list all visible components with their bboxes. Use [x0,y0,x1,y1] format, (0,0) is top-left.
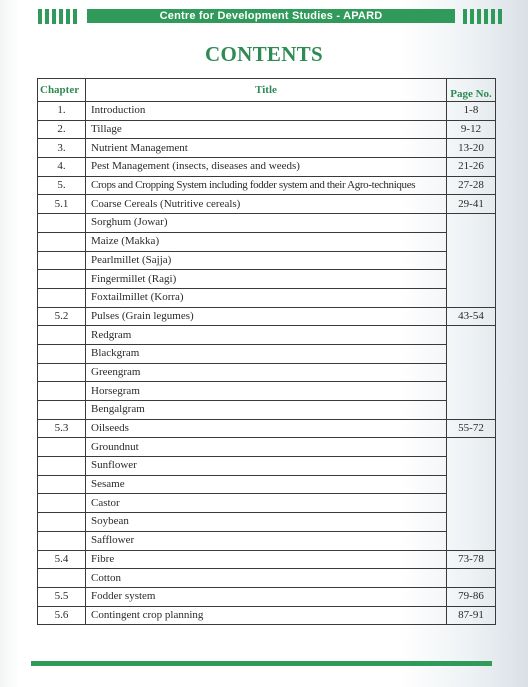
chapter-title: Crops and Cropping System including fodd… [86,176,447,195]
chapter-number [38,457,86,476]
table-row: 5.6Contingent crop planning87-91 [38,606,496,625]
page-range: 79-86 [447,587,496,606]
table-row: Greengram [38,363,496,382]
table-row: Sesame [38,475,496,494]
table-row: Castor [38,494,496,513]
chapter-number [38,513,86,532]
chapter-title: Fingermillet (Ragi) [86,270,447,289]
table-row: 5.5Fodder system79-86 [38,587,496,606]
chapter-number [38,344,86,363]
chapter-number: 1. [38,102,86,121]
chapter-number [38,214,86,233]
chapter-title: Fodder system [86,587,447,606]
chapter-number [38,401,86,420]
chapter-title: Castor [86,494,447,513]
table-row: Foxtailmillet (Korra) [38,288,496,307]
chapter-number [38,438,86,457]
chapter-number: 5.1 [38,195,86,214]
table-row: Soybean [38,513,496,532]
page-range-blank [447,214,496,307]
chapter-number [38,382,86,401]
chapter-number [38,475,86,494]
chapter-number [38,270,86,289]
table-header-row: Chapter Title Page No. [38,79,496,102]
table-row: Groundnut [38,438,496,457]
chapter-title: Maize (Makka) [86,232,447,251]
chapter-title: Sunflower [86,457,447,476]
table-row: Horsegram [38,382,496,401]
page-range-blank [447,326,496,419]
chapter-number: 5.4 [38,550,86,569]
table-row: Sorghum (Jowar) [38,214,496,233]
table-row: Maize (Makka) [38,232,496,251]
column-header-title: Title [86,79,447,102]
chapter-title: Tillage [86,120,447,139]
table-row: 5.3Oilseeds55-72 [38,419,496,438]
chapter-number [38,363,86,382]
decorative-stripes-left [38,9,77,24]
page-range: 27-28 [447,176,496,195]
column-header-page: Page No. [447,79,496,102]
chapter-number: 5.3 [38,419,86,438]
table-row: Safflower [38,531,496,550]
contents-table: Chapter Title Page No. 1.Introduction1-8… [37,78,496,625]
page-range-blank [447,438,496,550]
table-row: 3.Nutrient Management13-20 [38,139,496,158]
table-row: 2.Tillage9-12 [38,120,496,139]
chapter-number [38,251,86,270]
chapter-title: Safflower [86,531,447,550]
table-row: Cotton [38,569,496,588]
chapter-title: Greengram [86,363,447,382]
organization-banner: Centre for Development Studies - APARD [87,9,455,23]
page-range: 43-54 [447,307,496,326]
chapter-title: Fibre [86,550,447,569]
chapter-number [38,494,86,513]
page-range: 13-20 [447,139,496,158]
page-range: 9-12 [447,120,496,139]
chapter-title: Bengalgram [86,401,447,420]
page-range: 73-78 [447,550,496,569]
chapter-title: Soybean [86,513,447,532]
table-row: 5.2Pulses (Grain legumes)43-54 [38,307,496,326]
page-title: CONTENTS [0,42,528,67]
chapter-title: Oilseeds [86,419,447,438]
chapter-title: Pest Management (insects, diseases and w… [86,158,447,177]
table-row: Blackgram [38,344,496,363]
chapter-title: Nutrient Management [86,139,447,158]
chapter-title: Groundnut [86,438,447,457]
page-range-blank [447,569,496,588]
chapter-number: 2. [38,120,86,139]
chapter-number [38,326,86,345]
chapter-title: Foxtailmillet (Korra) [86,288,447,307]
chapter-number: 4. [38,158,86,177]
table-row: Bengalgram [38,401,496,420]
table-row: 5.4Fibre73-78 [38,550,496,569]
decorative-stripes-right [463,9,502,24]
chapter-title: Cotton [86,569,447,588]
table-row: Fingermillet (Ragi) [38,270,496,289]
chapter-number [38,232,86,251]
chapter-number: 5.5 [38,587,86,606]
table-row: Sunflower [38,457,496,476]
footer-divider [31,661,492,666]
table-row: Pearlmillet (Sajja) [38,251,496,270]
table-row: Redgram [38,326,496,345]
chapter-number: 5.6 [38,606,86,625]
page-range: 55-72 [447,419,496,438]
page-range: 1-8 [447,102,496,121]
page-header: Centre for Development Studies - APARD [0,9,528,25]
chapter-title: Horsegram [86,382,447,401]
table-row: 5.Crops and Cropping System including fo… [38,176,496,195]
table-row: 1.Introduction1-8 [38,102,496,121]
chapter-title: Redgram [86,326,447,345]
table-row: 5.1Coarse Cereals (Nutritive cereals)29-… [38,195,496,214]
table-row: 4.Pest Management (insects, diseases and… [38,158,496,177]
chapter-title: Pulses (Grain legumes) [86,307,447,326]
column-header-chapter: Chapter [38,79,86,102]
chapter-number: 5. [38,176,86,195]
page-range: 29-41 [447,195,496,214]
chapter-title: Coarse Cereals (Nutritive cereals) [86,195,447,214]
chapter-title: Contingent crop planning [86,606,447,625]
chapter-number [38,288,86,307]
chapter-title: Pearlmillet (Sajja) [86,251,447,270]
chapter-number: 5.2 [38,307,86,326]
chapter-title: Introduction [86,102,447,121]
page-range: 87-91 [447,606,496,625]
chapter-title: Blackgram [86,344,447,363]
chapter-number [38,531,86,550]
chapter-title: Sesame [86,475,447,494]
chapter-number [38,569,86,588]
chapter-title: Sorghum (Jowar) [86,214,447,233]
page-range: 21-26 [447,158,496,177]
chapter-number: 3. [38,139,86,158]
